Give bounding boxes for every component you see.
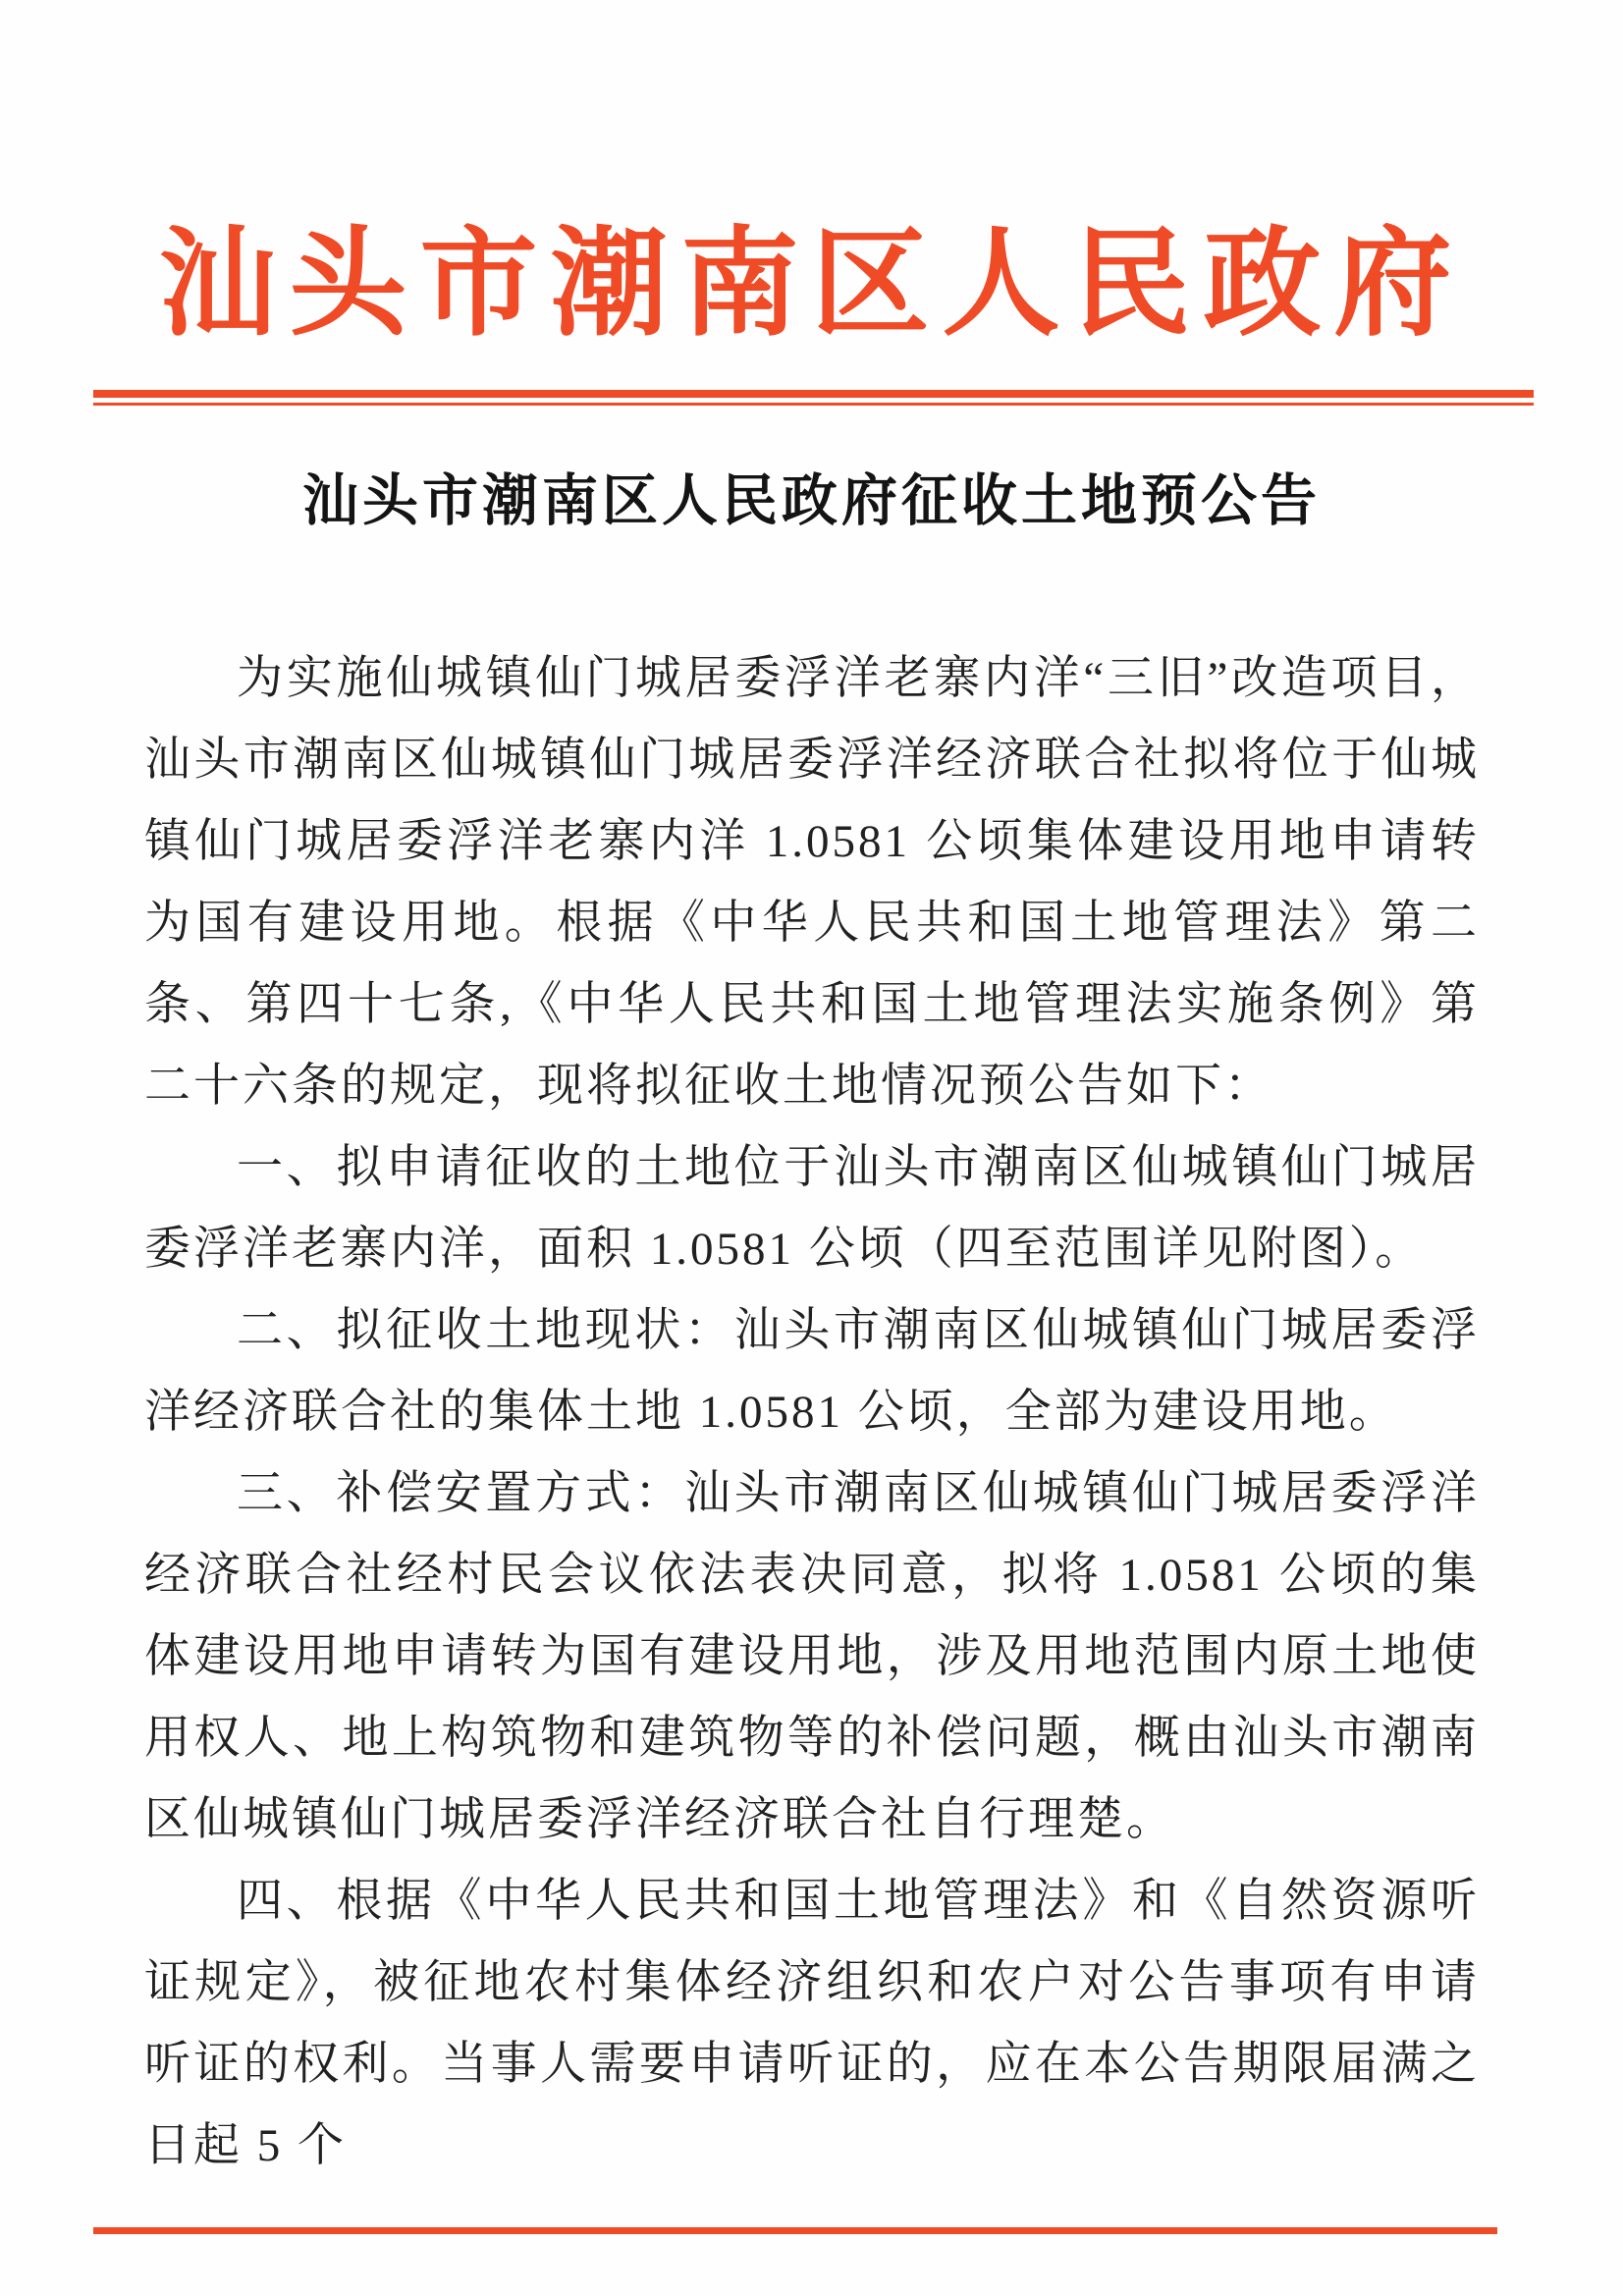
footer-rule [93,2227,1497,2234]
header-rule-thin [93,403,1534,406]
paragraph-section-4: 四、根据《中华人民共和国土地管理法》和《自然资源听证规定》，被征地农村集体经济组… [144,1861,1480,2187]
header-rule-thick [93,390,1534,398]
document-title: 汕头市潮南区人民政府征收土地预公告 [0,462,1623,540]
document-body: 为实施仙城镇仙门城居委浮洋老寨内洋“三旧”改造项目，汕头市潮南区仙城镇仙门城居委… [144,638,1480,2187]
government-header-title: 汕头市潮南区人民政府 [0,210,1623,357]
paragraph-section-3: 三、补偿安置方式：汕头市潮南区仙城镇仙门城居委浮洋经济联合社经村民会议依法表决同… [144,1453,1480,1861]
document-page: 汕头市潮南区人民政府 汕头市潮南区人民政府征收土地预公告 为实施仙城镇仙门城居委… [0,0,1623,2296]
paragraph-section-1: 一、拟申请征收的土地位于汕头市潮南区仙城镇仙门城居委浮洋老寨内洋，面积 1.05… [144,1127,1480,1290]
paragraph-section-2: 二、拟征收土地现状：汕头市潮南区仙城镇仙门城居委浮洋经济联合社的集体土地 1.0… [144,1290,1480,1453]
paragraph-intro: 为实施仙城镇仙门城居委浮洋老寨内洋“三旧”改造项目，汕头市潮南区仙城镇仙门城居委… [144,638,1480,1127]
